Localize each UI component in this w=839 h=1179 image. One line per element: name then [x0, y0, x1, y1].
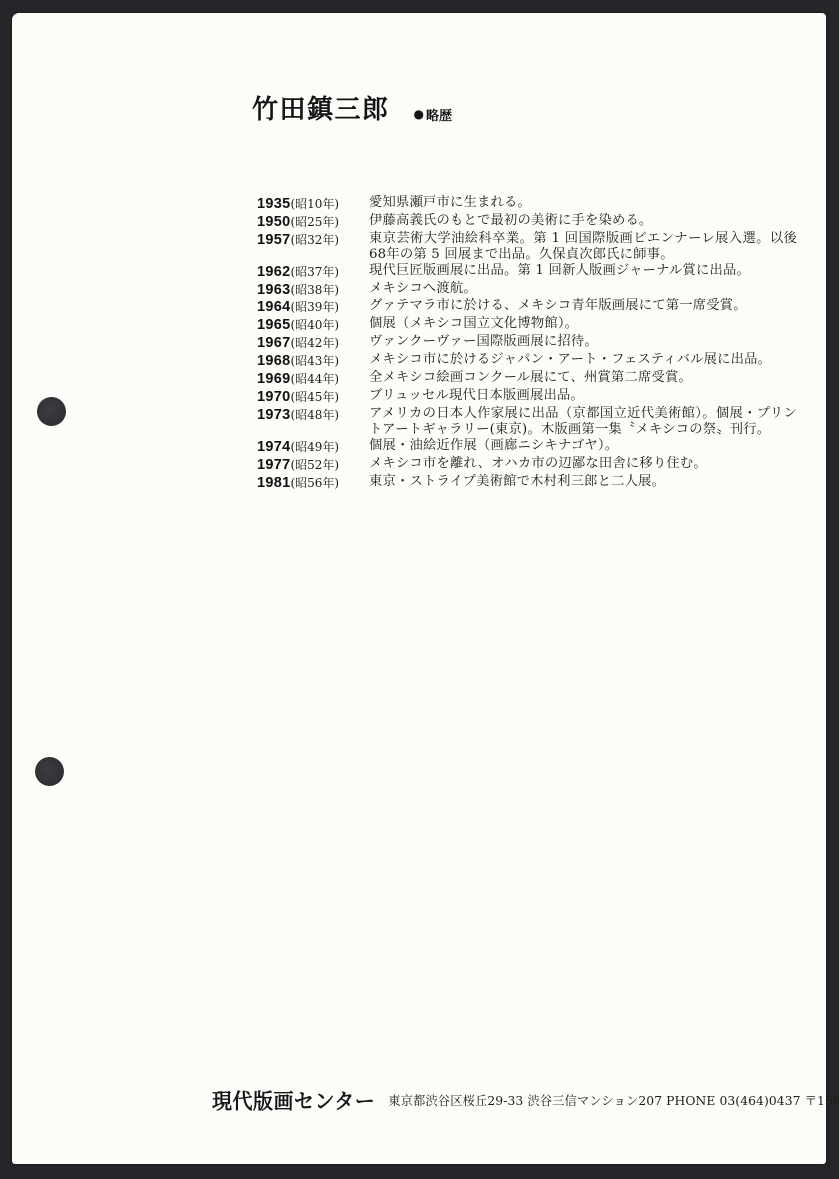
timeline-row: 1981(昭56年) 東京・ストライプ美術館で木村利三郎と二人展。	[257, 474, 802, 492]
era-label: (昭37年)	[290, 265, 339, 279]
year-cell: 1969(昭44年)	[257, 370, 369, 388]
year-cell: 1968(昭43年)	[257, 352, 369, 370]
year-label: 1957	[257, 232, 290, 248]
era-label: (昭45年)	[290, 390, 339, 404]
year-label: 1935	[257, 196, 290, 212]
year-cell: 1973(昭48年)	[257, 406, 369, 424]
year-label: 1950	[257, 214, 290, 230]
entry-text: 愛知県瀬戸市に生まれる。	[369, 195, 797, 211]
bullet-icon: ●	[414, 108, 424, 120]
year-cell: 1970(昭45年)	[257, 388, 369, 406]
entry-text: ヴァンクーヴァー国際版画展に招待。	[369, 334, 797, 350]
entry-text: 全メキシコ絵画コンクール展にて、州賞第二席受賞。	[369, 370, 797, 386]
document-footer: 現代版画センター 東京都渋谷区桜丘29-33 渋谷三信マンション207 PHON…	[212, 1085, 839, 1114]
year-label: 1981	[257, 475, 290, 491]
era-label: (昭25年)	[290, 215, 339, 229]
timeline-row: 1968(昭43年) メキシコ市に於けるジャパン・アート・フェスティバル展に出品…	[257, 352, 802, 370]
timeline-row: 1977(昭52年) メキシコ市を離れ、オハカ市の辺鄙な田舎に移り住む。	[257, 456, 802, 474]
timeline-row: 1950(昭25年) 伊藤高義氏のもとで最初の美術に手を染める。	[257, 213, 802, 231]
timeline-row: 1935(昭10年) 愛知県瀬戸市に生まれる。	[257, 195, 802, 213]
address-line: 東京都渋谷区桜丘29-33 渋谷三信マンション207 PHONE 03(464)…	[388, 1091, 839, 1109]
page-subtitle: ● 略歴	[414, 105, 453, 124]
timeline-row: 1964(昭39年) グァテマラ市に於ける、メキシコ青年版画展にて第一席受賞。	[257, 298, 802, 316]
year-label: 1963	[257, 282, 290, 298]
entry-text: ブリュッセル現代日本版画展出品。	[369, 388, 797, 404]
year-label: 1977	[257, 457, 290, 473]
year-cell: 1981(昭56年)	[257, 474, 369, 492]
year-label: 1968	[257, 353, 290, 369]
entry-text: メキシコ市を離れ、オハカ市の辺鄙な田舎に移り住む。	[369, 456, 797, 472]
entry-text: 東京芸術大学油絵科卒業。第 1 回国際版画ビエンナーレ展入選。以後68年の第 5…	[369, 231, 797, 263]
era-label: (昭43年)	[290, 354, 339, 368]
era-label: (昭40年)	[290, 318, 339, 332]
year-cell: 1967(昭42年)	[257, 334, 369, 352]
entry-text: メキシコへ渡航。	[369, 281, 797, 297]
year-cell: 1963(昭38年)	[257, 281, 369, 299]
era-label: (昭56年)	[290, 476, 339, 490]
timeline-row: 1963(昭38年) メキシコへ渡航。	[257, 281, 802, 299]
year-cell: 1950(昭25年)	[257, 213, 369, 231]
era-label: (昭39年)	[290, 300, 339, 314]
document-header: 竹田鎮三郎 ● 略歴	[252, 89, 452, 126]
timeline-row: 1962(昭37年) 現代巨匠版画展に出品。第 1 回新人版画ジャーナル賞に出品…	[257, 263, 802, 281]
entry-text: グァテマラ市に於ける、メキシコ青年版画展にて第一席受賞。	[369, 298, 797, 314]
entry-text: メキシコ市に於けるジャパン・アート・フェスティバル展に出品。	[369, 352, 797, 368]
entry-text: 現代巨匠版画展に出品。第 1 回新人版画ジャーナル賞に出品。	[369, 263, 797, 279]
page-subtitle-label: 略歴	[426, 105, 452, 124]
year-label: 1970	[257, 389, 290, 405]
punch-hole-bottom	[35, 757, 64, 786]
year-label: 1964	[257, 299, 290, 315]
year-label: 1967	[257, 335, 290, 351]
entry-text: 東京・ストライプ美術館で木村利三郎と二人展。	[369, 474, 797, 490]
year-cell: 1964(昭39年)	[257, 298, 369, 316]
era-label: (昭10年)	[290, 197, 339, 211]
entry-text: 伊藤高義氏のもとで最初の美術に手を染める。	[369, 213, 797, 229]
entry-text: 個展（メキシコ国立文化博物館）。	[369, 316, 797, 332]
year-label: 1969	[257, 371, 290, 387]
timeline-row: 1967(昭42年) ヴァンクーヴァー国際版画展に招待。	[257, 334, 802, 352]
page-title: 竹田鎮三郎	[252, 89, 390, 126]
document-page: 竹田鎮三郎 ● 略歴 1935(昭10年) 愛知県瀬戸市に生まれる。 1950(…	[12, 13, 826, 1164]
timeline-row: 1970(昭45年) ブリュッセル現代日本版画展出品。	[257, 388, 802, 406]
publisher-logo: 現代版画センター	[212, 1084, 375, 1114]
year-label: 1973	[257, 407, 290, 423]
era-label: (昭32年)	[290, 233, 339, 247]
year-label: 1965	[257, 317, 290, 333]
entry-text: アメリカの日本人作家展に出品（京都国立近代美術館）。個展・プリントアートギャラリ…	[369, 406, 797, 438]
era-label: (昭49年)	[290, 440, 339, 454]
year-cell: 1935(昭10年)	[257, 195, 369, 213]
timeline-row: 1969(昭44年) 全メキシコ絵画コンクール展にて、州賞第二席受賞。	[257, 370, 802, 388]
era-label: (昭42年)	[290, 336, 339, 350]
year-cell: 1957(昭32年)	[257, 231, 369, 249]
timeline-row: 1957(昭32年) 東京芸術大学油絵科卒業。第 1 回国際版画ビエンナーレ展入…	[257, 231, 802, 263]
timeline-row: 1973(昭48年) アメリカの日本人作家展に出品（京都国立近代美術館）。個展・…	[257, 406, 802, 438]
year-cell: 1977(昭52年)	[257, 456, 369, 474]
year-cell: 1962(昭37年)	[257, 263, 369, 281]
timeline-row: 1965(昭40年) 個展（メキシコ国立文化博物館）。	[257, 316, 802, 334]
year-label: 1962	[257, 264, 290, 280]
punch-hole-top	[37, 397, 66, 426]
timeline-row: 1974(昭49年) 個展・油絵近作展（画廊ニシキナゴヤ）。	[257, 438, 802, 456]
biography-timeline: 1935(昭10年) 愛知県瀬戸市に生まれる。 1950(昭25年) 伊藤高義氏…	[257, 195, 802, 491]
scan-background: 竹田鎮三郎 ● 略歴 1935(昭10年) 愛知県瀬戸市に生まれる。 1950(…	[0, 0, 839, 1179]
era-label: (昭38年)	[290, 283, 339, 297]
year-cell: 1974(昭49年)	[257, 438, 369, 456]
era-label: (昭48年)	[290, 408, 339, 422]
entry-text: 個展・油絵近作展（画廊ニシキナゴヤ）。	[369, 438, 797, 454]
era-label: (昭44年)	[290, 372, 339, 386]
year-label: 1974	[257, 439, 290, 455]
era-label: (昭52年)	[290, 458, 339, 472]
year-cell: 1965(昭40年)	[257, 316, 369, 334]
